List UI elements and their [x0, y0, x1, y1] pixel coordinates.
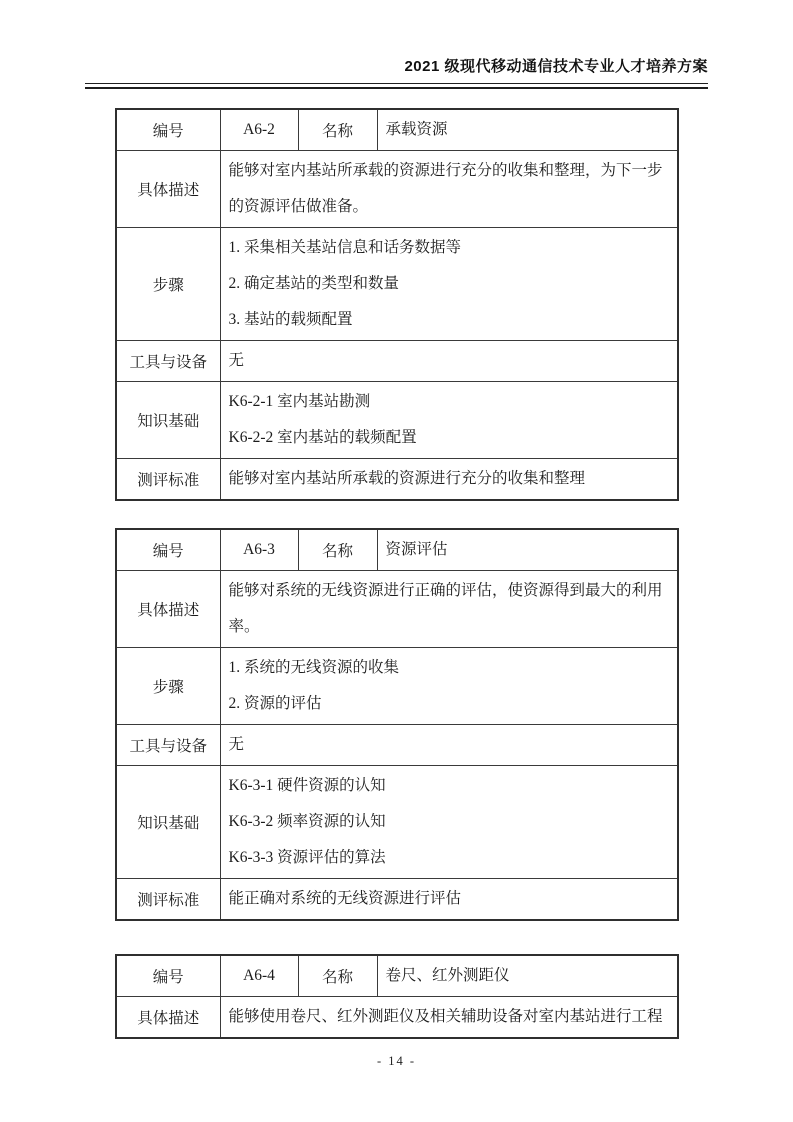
knowledge-item: K6-3-2 频率资源的认知 [229, 804, 670, 840]
table-row: 知识基础 K6-3-1 硬件资源的认知 K6-3-2 频率资源的认知 K6-3-… [116, 765, 678, 878]
desc-text: 能够对室内基站所承载的资源进行充分的收集和整理，为下一步的资源评估做准备。 [229, 153, 670, 225]
id-value-cell: A6-3 [220, 529, 298, 571]
knowledge-item: K6-3-3 资源评估的算法 [229, 840, 670, 876]
table-row: 编号 A6-3 名称 资源评估 [116, 529, 678, 571]
page-number: - 14 - [85, 1054, 708, 1069]
table-row: 步骤 1. 采集相关基站信息和话务数据等 2. 确定基站的类型和数量 3. 基站… [116, 227, 678, 340]
name-label-cell: 名称 [298, 109, 377, 151]
id-value-cell: A6-2 [220, 109, 298, 151]
table-row: 具体描述 能够对系统的无线资源进行正确的评估，使资源得到最大的利用率。 [116, 570, 678, 647]
steps-value-cell: 1. 采集相关基站信息和话务数据等 2. 确定基站的类型和数量 3. 基站的载频… [220, 227, 678, 340]
table-row: 测评标准 能正确对系统的无线资源进行评估 [116, 878, 678, 920]
id-value-cell: A6-4 [220, 955, 298, 997]
knowledge-value-cell: K6-3-1 硬件资源的认知 K6-3-2 频率资源的认知 K6-3-3 资源评… [220, 765, 678, 878]
criteria-value-cell: 能够对室内基站所承载的资源进行充分的收集和整理 [220, 458, 678, 500]
desc-text: 能够使用卷尺、红外测距仪及相关辅助设备对室内基站进行工程 [229, 999, 670, 1035]
name-value-cell: 资源评估 [377, 529, 678, 571]
criteria-value-cell: 能正确对系统的无线资源进行评估 [220, 878, 678, 920]
name-value-cell: 承载资源 [377, 109, 678, 151]
tools-label-cell: 工具与设备 [116, 340, 220, 381]
desc-value-cell: 能够对系统的无线资源进行正确的评估，使资源得到最大的利用率。 [220, 570, 678, 647]
knowledge-value-cell: K6-2-1 室内基站勘测 K6-2-2 室内基站的载频配置 [220, 381, 678, 458]
desc-value-cell: 能够对室内基站所承载的资源进行充分的收集和整理，为下一步的资源评估做准备。 [220, 150, 678, 227]
tools-label-cell: 工具与设备 [116, 724, 220, 765]
table-row: 具体描述 能够使用卷尺、红外测距仪及相关辅助设备对室内基站进行工程 [116, 996, 678, 1038]
table-row: 步骤 1. 系统的无线资源的收集 2. 资源的评估 [116, 647, 678, 724]
knowledge-item: K6-2-2 室内基站的载频配置 [229, 420, 670, 456]
name-label-cell: 名称 [298, 955, 377, 997]
table-row: 工具与设备 无 [116, 724, 678, 765]
id-label-cell: 编号 [116, 109, 220, 151]
tools-value-cell: 无 [220, 724, 678, 765]
knowledge-label-cell: 知识基础 [116, 765, 220, 878]
step-item: 1. 系统的无线资源的收集 [229, 650, 670, 686]
table-row: 编号 A6-4 名称 卷尺、红外测距仪 [116, 955, 678, 997]
criteria-label-cell: 测评标准 [116, 878, 220, 920]
name-label-cell: 名称 [298, 529, 377, 571]
steps-label-cell: 步骤 [116, 227, 220, 340]
id-label-cell: 编号 [116, 955, 220, 997]
table-row: 测评标准 能够对室内基站所承载的资源进行充分的收集和整理 [116, 458, 678, 500]
table-row: 编号 A6-2 名称 承载资源 [116, 109, 678, 151]
header-double-rule [85, 83, 708, 89]
desc-value-cell: 能够使用卷尺、红外测距仪及相关辅助设备对室内基站进行工程 [220, 996, 678, 1038]
step-item: 2. 确定基站的类型和数量 [229, 266, 670, 302]
table-row: 知识基础 K6-2-1 室内基站勘测 K6-2-2 室内基站的载频配置 [116, 381, 678, 458]
task-table-a6-2: 编号 A6-2 名称 承载资源 具体描述 能够对室内基站所承载的资源进行充分的收… [115, 108, 679, 501]
criteria-label-cell: 测评标准 [116, 458, 220, 500]
id-label-cell: 编号 [116, 529, 220, 571]
desc-label-cell: 具体描述 [116, 570, 220, 647]
knowledge-item: K6-2-1 室内基站勘测 [229, 384, 670, 420]
tools-value-cell: 无 [220, 340, 678, 381]
steps-label-cell: 步骤 [116, 647, 220, 724]
table-row: 工具与设备 无 [116, 340, 678, 381]
knowledge-item: K6-3-1 硬件资源的认知 [229, 768, 670, 804]
name-value-cell: 卷尺、红外测距仪 [377, 955, 678, 997]
step-item: 2. 资源的评估 [229, 686, 670, 722]
desc-label-cell: 具体描述 [116, 150, 220, 227]
task-table-a6-3: 编号 A6-3 名称 资源评估 具体描述 能够对系统的无线资源进行正确的评估，使… [115, 528, 679, 921]
document-header-title: 2021 级现代移动通信技术专业人才培养方案 [85, 58, 708, 76]
document-page: 2021 级现代移动通信技术专业人才培养方案 编号 A6-2 名称 承载资源 具… [0, 0, 793, 1122]
table-row: 具体描述 能够对室内基站所承载的资源进行充分的收集和整理，为下一步的资源评估做准… [116, 150, 678, 227]
step-item: 3. 基站的载频配置 [229, 302, 670, 338]
desc-text: 能够对系统的无线资源进行正确的评估，使资源得到最大的利用率。 [229, 573, 670, 645]
desc-label-cell: 具体描述 [116, 996, 220, 1038]
step-item: 1. 采集相关基站信息和话务数据等 [229, 230, 670, 266]
task-table-a6-4: 编号 A6-4 名称 卷尺、红外测距仪 具体描述 能够使用卷尺、红外测距仪及相关… [115, 954, 679, 1039]
steps-value-cell: 1. 系统的无线资源的收集 2. 资源的评估 [220, 647, 678, 724]
knowledge-label-cell: 知识基础 [116, 381, 220, 458]
